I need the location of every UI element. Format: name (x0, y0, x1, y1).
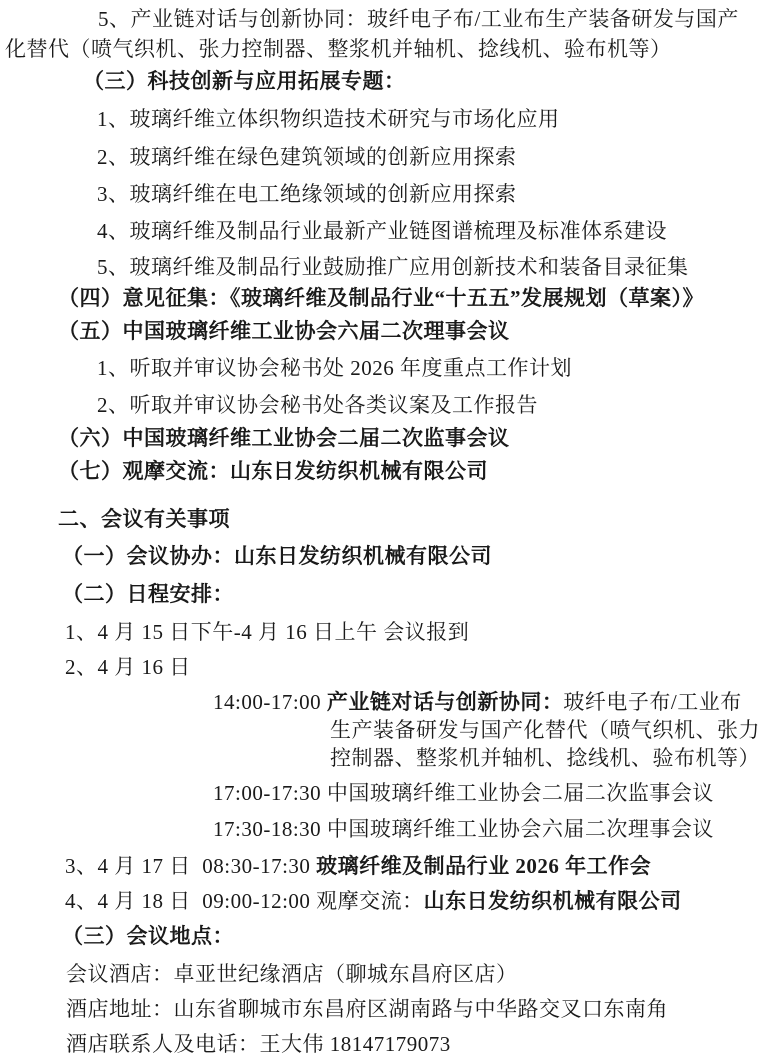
heading-part-2: 二、会议有关事项 (58, 508, 230, 531)
text-segment: 玻纤电子布/工业布 (563, 690, 741, 714)
bold-text-segment: （三）会议地点： (62, 924, 234, 948)
section3-item2: 2、玻璃纤维在绿色建筑领域的创新应用探索 (97, 146, 517, 169)
schedule-item2-row3: 17:30-18:30 中国玻璃纤维工业协会六届二次理事会议 (213, 818, 714, 841)
schedule-item2-row1-line2: 生产装备研发与国产化替代（喷气织机、张力 (330, 719, 760, 742)
heading-section-5: （五）中国玻璃纤维工业协会六届二次理事会议 (58, 320, 510, 343)
document-page: 5、产业链对话与创新协同：玻纤电子布/工业布生产装备研发与国产化替代（喷气织机、… (0, 0, 768, 1058)
text-segment: 会议酒店：卓亚世纪缘酒店（聊城东昌府区店） (66, 962, 518, 986)
bold-text-segment: 产业链对话与创新协同： (327, 690, 564, 714)
text-segment: 5、玻璃纤维及制品行业鼓励推广应用创新技术和装备目录征集 (97, 255, 689, 279)
heading-section-7: （七）观摩交流：山东日发纺织机械有限公司 (58, 460, 488, 483)
text-segment: 酒店地址：山东省聊城市东昌府区湖南路与中华路交叉口东南角 (66, 997, 668, 1021)
section3-item4: 4、玻璃纤维及制品行业最新产业链图谱梳理及标准体系建设 (97, 220, 667, 243)
venue-hotel: 会议酒店：卓亚世纪缘酒店（聊城东昌府区店） (66, 963, 518, 986)
text-segment: 1、玻璃纤维立体织物织造技术研究与市场化应用 (97, 107, 560, 131)
bold-text-segment: （一）会议协办：山东日发纺织机械有限公司 (62, 544, 492, 568)
venue-address: 酒店地址：山东省聊城市东昌府区湖南路与中华路交叉口东南角 (66, 998, 668, 1021)
bold-text-segment: （七）观摩交流：山东日发纺织机械有限公司 (58, 459, 488, 483)
text-segment: 2、玻璃纤维在绿色建筑领域的创新应用探索 (97, 145, 517, 169)
text-segment: 17:30-18:30 中国玻璃纤维工业协会六届二次理事会议 (213, 817, 714, 841)
text-segment: 3、玻璃纤维在电工绝缘领域的创新应用探索 (97, 182, 517, 206)
bold-text-segment: 玻璃纤维及制品行业 2026 年工作会 (316, 854, 651, 878)
section3-item5: 5、玻璃纤维及制品行业鼓励推广应用创新技术和装备目录征集 (97, 256, 689, 279)
text-segment: 3、4 月 17 日 08:30-17:30 (65, 854, 316, 878)
venue-contact: 酒店联系人及电话：王大伟 18147179073 (66, 1033, 451, 1056)
text-segment: 1、4 月 15 日下午-4 月 16 日上午 会议报到 (65, 620, 469, 644)
section3-item1: 1、玻璃纤维立体织物织造技术研究与市场化应用 (97, 108, 560, 131)
section3-item3: 3、玻璃纤维在电工绝缘领域的创新应用探索 (97, 183, 517, 206)
text-segment: 4、玻璃纤维及制品行业最新产业链图谱梳理及标准体系建设 (97, 219, 667, 243)
bold-text-segment: （四）意见征集：《玻璃纤维及制品行业“十五五”发展规划（草案）》 (58, 286, 704, 310)
schedule-item2-row2: 17:00-17:30 中国玻璃纤维工业协会二届二次监事会议 (213, 782, 714, 805)
schedule-item2-row1-line1: 14:00-17:00 产业链对话与创新协同：玻纤电子布/工业布 (213, 691, 742, 714)
bold-text-segment: （六）中国玻璃纤维工业协会二届二次监事会议 (58, 426, 510, 450)
schedule-item3: 3、4 月 17 日 08:30-17:30 玻璃纤维及制品行业 2026 年工… (65, 855, 651, 878)
bold-text-segment: 二、会议有关事项 (58, 507, 230, 531)
text-segment: 化替代（喷气织机、张力控制器、整浆机并轴机、捻线机、验布机等） (5, 37, 672, 61)
text-segment: 控制器、整浆机并轴机、捻线机、验布机等） (330, 746, 760, 770)
text-segment: 4、4 月 18 日 09:00-12:00 观摩交流： (65, 889, 424, 913)
schedule-item1: 1、4 月 15 日下午-4 月 16 日上午 会议报到 (65, 621, 469, 644)
section5-item2: 2、听取并审议协会秘书处各类议案及工作报告 (97, 394, 538, 417)
heading-section-6: （六）中国玻璃纤维工业协会二届二次监事会议 (58, 427, 510, 450)
heading-part2-section-3: （三）会议地点： (62, 925, 234, 948)
text-segment: 14:00-17:00 (213, 690, 327, 714)
bold-text-segment: （五）中国玻璃纤维工业协会六届二次理事会议 (58, 319, 510, 343)
bold-text-segment: （三）科技创新与应用拓展专题： (83, 69, 406, 93)
topic2-item5-line2: 化替代（喷气织机、张力控制器、整浆机并轴机、捻线机、验布机等） (5, 38, 672, 61)
section5-item1: 1、听取并审议协会秘书处 2026 年度重点工作计划 (97, 357, 572, 380)
text-segment: 17:00-17:30 中国玻璃纤维工业协会二届二次监事会议 (213, 781, 714, 805)
heading-section-4: （四）意见征集：《玻璃纤维及制品行业“十五五”发展规划（草案）》 (58, 287, 704, 310)
heading-part2-section-2: （二）日程安排： (62, 583, 234, 606)
schedule-item2: 2、4 月 16 日 (65, 656, 191, 679)
bold-text-segment: 山东日发纺织机械有限公司 (424, 889, 682, 913)
heading-section-3: （三）科技创新与应用拓展专题： (83, 70, 406, 93)
heading-part2-section-1: （一）会议协办：山东日发纺织机械有限公司 (62, 545, 492, 568)
topic2-item5-line1: 5、产业链对话与创新协同：玻纤电子布/工业布生产装备研发与国产 (98, 8, 739, 31)
text-segment: 2、4 月 16 日 (65, 655, 191, 679)
schedule-item4: 4、4 月 18 日 09:00-12:00 观摩交流：山东日发纺织机械有限公司 (65, 890, 682, 913)
text-segment: 生产装备研发与国产化替代（喷气织机、张力 (330, 718, 760, 742)
text-segment: 5、产业链对话与创新协同：玻纤电子布/工业布生产装备研发与国产 (98, 7, 739, 31)
text-segment: 1、听取并审议协会秘书处 2026 年度重点工作计划 (97, 356, 572, 380)
schedule-item2-row1-line3: 控制器、整浆机并轴机、捻线机、验布机等） (330, 747, 760, 770)
text-segment: 酒店联系人及电话：王大伟 18147179073 (66, 1032, 451, 1056)
bold-text-segment: （二）日程安排： (62, 582, 234, 606)
text-segment: 2、听取并审议协会秘书处各类议案及工作报告 (97, 393, 538, 417)
